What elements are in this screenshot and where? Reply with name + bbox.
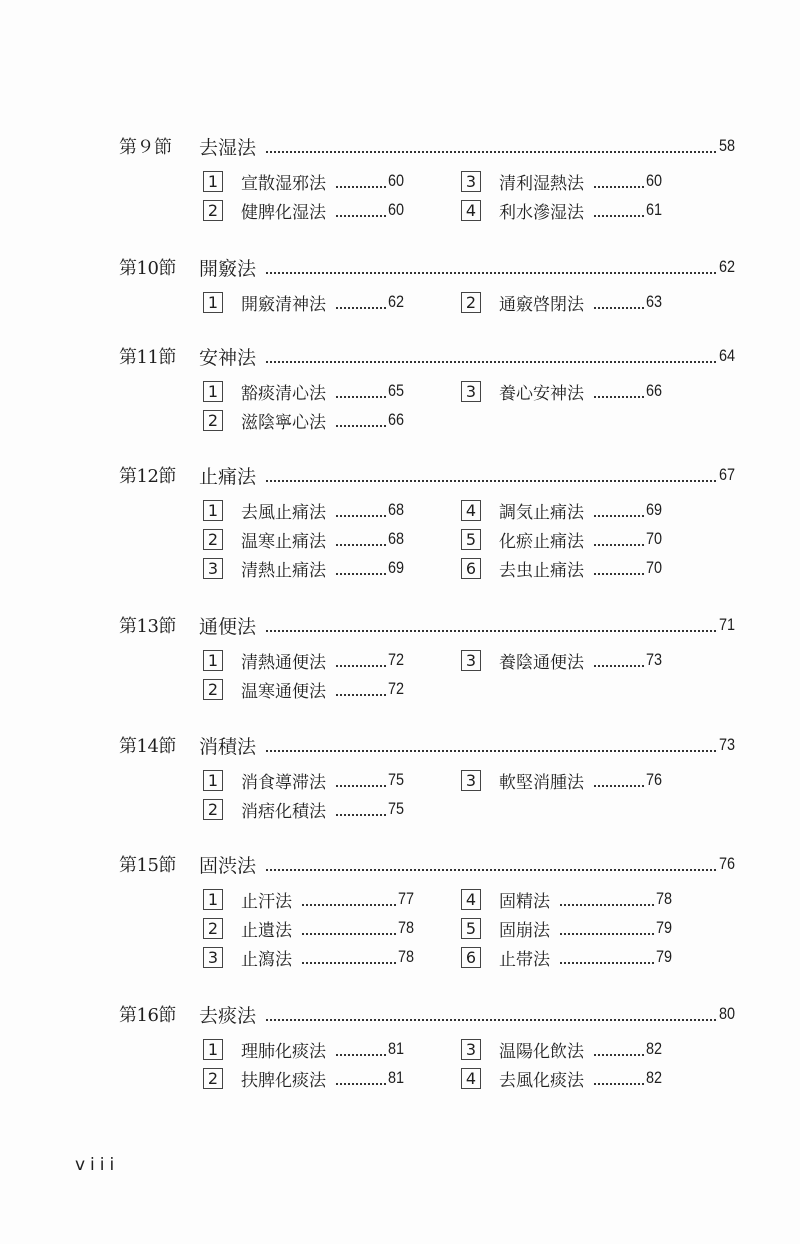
leader-dots <box>302 924 396 935</box>
toc-item[interactable]: 2温寒止痛法68 <box>203 526 407 552</box>
item-title: 養心安神法 <box>499 379 584 404</box>
toc-item[interactable]: 1去風止痛法68 <box>203 497 407 523</box>
item-page: 69 <box>388 558 404 578</box>
item-title: 固精法 <box>499 887 550 912</box>
item-number-box: 1 <box>203 1039 223 1060</box>
leader-dots <box>336 1045 386 1056</box>
item-title: 去風化痰法 <box>499 1066 584 1091</box>
toc-item[interactable]: 2健脾化湿法60 <box>203 197 407 223</box>
leader-dots <box>594 1045 644 1056</box>
item-page: 60 <box>646 171 662 191</box>
section-title: 開竅法 <box>199 254 256 281</box>
leader-dots <box>594 656 644 667</box>
section-heading[interactable]: 第15節固渋法76 <box>119 851 741 877</box>
item-number-box: 2 <box>203 529 223 550</box>
item-title: 軟堅消腫法 <box>499 768 584 793</box>
section-page: 80 <box>719 1004 738 1024</box>
item-number-box: 1 <box>203 650 223 671</box>
toc-item[interactable]: 3止瀉法78 <box>203 944 417 970</box>
item-page: 81 <box>388 1039 404 1059</box>
section-page: 67 <box>719 465 738 485</box>
leader-dots <box>302 953 396 964</box>
item-number-box: 3 <box>461 770 481 791</box>
item-title: 去風止痛法 <box>241 498 326 523</box>
toc-item[interactable]: 2消痞化積法75 <box>203 796 407 822</box>
item-title: 固崩法 <box>499 916 550 941</box>
item-page: 82 <box>646 1039 662 1059</box>
section-title: 止痛法 <box>199 462 256 489</box>
item-title: 温寒止痛法 <box>241 527 326 552</box>
item-number-box: 3 <box>461 650 481 671</box>
section-title: 去湿法 <box>199 133 256 160</box>
item-number-box: 2 <box>203 679 223 700</box>
leader-dots <box>336 535 386 546</box>
item-number-box: 2 <box>203 918 223 939</box>
leader-dots <box>594 206 644 217</box>
toc-item[interactable]: 6止帯法79 <box>461 944 675 970</box>
item-number-box: 3 <box>461 171 481 192</box>
item-title: 豁痰清心法 <box>241 379 326 404</box>
item-number-box: 1 <box>203 381 223 402</box>
section-page: 62 <box>719 257 738 277</box>
item-number-box: 5 <box>461 918 481 939</box>
item-page: 81 <box>388 1068 404 1088</box>
item-page: 70 <box>646 558 662 578</box>
item-title: 化瘀止痛法 <box>499 527 584 552</box>
toc-item[interactable]: 4固精法78 <box>461 886 675 912</box>
item-page: 75 <box>388 770 404 790</box>
section-page: 58 <box>719 136 738 156</box>
item-page: 79 <box>656 918 672 938</box>
item-number-box: 2 <box>203 200 223 221</box>
leader-dots <box>336 805 386 816</box>
toc-item[interactable]: 3清熱止痛法69 <box>203 555 407 581</box>
section-number: 第９節 <box>119 133 199 159</box>
item-title: 清利湿熱法 <box>499 169 584 194</box>
toc-item[interactable]: 1消食導滞法75 <box>203 767 407 793</box>
item-number-box: 1 <box>203 292 223 313</box>
leader-dots <box>266 1009 716 1021</box>
toc-item[interactable]: 2滋陰寧心法66 <box>203 407 407 433</box>
toc-item[interactable]: 4利水滲湿法61 <box>461 197 665 223</box>
section-number: 第10節 <box>119 254 199 280</box>
section-heading[interactable]: 第９節去湿法58 <box>119 133 741 159</box>
section-title: 去痰法 <box>199 1001 256 1028</box>
toc-item[interactable]: 5化瘀止痛法70 <box>461 526 665 552</box>
item-page: 60 <box>388 171 404 191</box>
item-page: 60 <box>388 200 404 220</box>
item-title: 清熱止痛法 <box>241 556 326 581</box>
item-title: 消食導滞法 <box>241 768 326 793</box>
toc-item[interactable]: 1清熱通便法72 <box>203 647 407 673</box>
section-number: 第14節 <box>119 732 199 758</box>
toc-item[interactable]: 2止遺法78 <box>203 915 417 941</box>
section-heading[interactable]: 第11節安神法64 <box>119 343 741 369</box>
item-title: 健脾化湿法 <box>241 198 326 223</box>
item-title: 消痞化積法 <box>241 797 326 822</box>
item-title: 去虫止痛法 <box>499 556 584 581</box>
leader-dots <box>336 1074 386 1085</box>
leader-dots <box>336 776 386 787</box>
item-page: 62 <box>388 292 404 312</box>
item-number-box: 4 <box>461 200 481 221</box>
item-title: 通竅啓閉法 <box>499 290 584 315</box>
item-page: 73 <box>646 650 662 670</box>
toc-item[interactable]: 3温陽化飲法82 <box>461 1036 665 1062</box>
section-heading[interactable]: 第12節止痛法67 <box>119 462 741 488</box>
item-number-box: 3 <box>203 947 223 968</box>
item-page: 79 <box>656 947 672 967</box>
leader-dots <box>266 470 716 482</box>
section-number: 第16節 <box>119 1001 199 1027</box>
section-heading[interactable]: 第14節消積法73 <box>119 732 741 758</box>
section-page: 71 <box>719 615 738 635</box>
leader-dots <box>594 564 644 575</box>
item-title: 清熱通便法 <box>241 648 326 673</box>
toc-item[interactable]: 3軟堅消腫法76 <box>461 767 665 793</box>
section-heading[interactable]: 第16節去痰法80 <box>119 1001 741 1027</box>
section-title: 通便法 <box>199 612 256 639</box>
item-page: 78 <box>398 947 414 967</box>
leader-dots <box>266 859 716 871</box>
toc-item[interactable]: 2温寒通便法72 <box>203 676 407 702</box>
item-page: 72 <box>388 679 404 699</box>
section-page: 73 <box>719 735 738 755</box>
leader-dots <box>266 740 716 752</box>
toc-item[interactable]: 3清利湿熱法60 <box>461 168 665 194</box>
section-title: 固渋法 <box>199 851 256 878</box>
leader-dots <box>266 620 716 632</box>
item-number-box: 1 <box>203 889 223 910</box>
leader-dots <box>266 141 716 153</box>
leader-dots <box>336 206 386 217</box>
toc-item[interactable]: 1豁痰清心法65 <box>203 378 407 404</box>
section-number: 第15節 <box>119 851 199 877</box>
item-number-box: 6 <box>461 558 481 579</box>
section-number: 第12節 <box>119 462 199 488</box>
item-page: 75 <box>388 799 404 819</box>
toc-item[interactable]: 2通竅啓閉法63 <box>461 289 665 315</box>
item-page: 69 <box>646 500 662 520</box>
item-title: 滋陰寧心法 <box>241 408 326 433</box>
toc-item[interactable]: 1開竅清神法62 <box>203 289 407 315</box>
leader-dots <box>560 924 654 935</box>
toc-item[interactable]: 4去風化痰法82 <box>461 1065 665 1091</box>
item-page: 76 <box>646 770 662 790</box>
item-title: 止遺法 <box>241 916 292 941</box>
leader-dots <box>336 387 386 398</box>
toc-item[interactable]: 2扶脾化痰法81 <box>203 1065 407 1091</box>
item-page: 72 <box>388 650 404 670</box>
leader-dots <box>266 262 716 274</box>
leader-dots <box>266 351 716 363</box>
item-number-box: 2 <box>461 292 481 313</box>
item-page: 78 <box>656 889 672 909</box>
item-page: 66 <box>646 381 662 401</box>
section-title: 安神法 <box>199 343 256 370</box>
item-number-box: 3 <box>461 1039 481 1060</box>
leader-dots <box>594 1074 644 1085</box>
item-title: 理肺化痰法 <box>241 1037 326 1062</box>
leader-dots <box>336 298 386 309</box>
section-page: 64 <box>719 346 738 366</box>
item-page: 82 <box>646 1068 662 1088</box>
leader-dots <box>594 387 644 398</box>
item-number-box: 6 <box>461 947 481 968</box>
item-title: 調気止痛法 <box>499 498 584 523</box>
item-number-box: 4 <box>461 500 481 521</box>
item-number-box: 2 <box>203 410 223 431</box>
leader-dots <box>594 506 644 517</box>
item-number-box: 5 <box>461 529 481 550</box>
section-title: 消積法 <box>199 732 256 759</box>
leader-dots <box>336 656 386 667</box>
item-number-box: 1 <box>203 500 223 521</box>
section-number: 第11節 <box>119 343 199 369</box>
item-title: 養陰通便法 <box>499 648 584 673</box>
item-page: 68 <box>388 529 404 549</box>
item-number-box: 2 <box>203 1068 223 1089</box>
toc-item[interactable]: 4調気止痛法69 <box>461 497 665 523</box>
item-page: 78 <box>398 918 414 938</box>
item-title: 止汗法 <box>241 887 292 912</box>
toc-item[interactable]: 3養心安神法66 <box>461 378 665 404</box>
item-number-box: 3 <box>461 381 481 402</box>
page-number: viii <box>75 1155 119 1175</box>
item-title: 止帯法 <box>499 945 550 970</box>
leader-dots <box>594 535 644 546</box>
item-number-box: 1 <box>203 171 223 192</box>
item-title: 止瀉法 <box>241 945 292 970</box>
item-page: 61 <box>646 200 662 220</box>
item-title: 開竅清神法 <box>241 290 326 315</box>
item-title: 温寒通便法 <box>241 677 326 702</box>
item-title: 宣散湿邪法 <box>241 169 326 194</box>
item-page: 68 <box>388 500 404 520</box>
item-number-box: 4 <box>461 1068 481 1089</box>
item-number-box: 4 <box>461 889 481 910</box>
leader-dots <box>594 177 644 188</box>
leader-dots <box>594 298 644 309</box>
leader-dots <box>560 895 654 906</box>
item-number-box: 1 <box>203 770 223 791</box>
item-page: 63 <box>646 292 662 312</box>
section-number: 第13節 <box>119 612 199 638</box>
toc-item[interactable]: 5固崩法79 <box>461 915 675 941</box>
toc-item[interactable]: 3養陰通便法73 <box>461 647 665 673</box>
item-title: 利水滲湿法 <box>499 198 584 223</box>
toc-item[interactable]: 6去虫止痛法70 <box>461 555 665 581</box>
leader-dots <box>336 177 386 188</box>
item-number-box: 2 <box>203 799 223 820</box>
item-page: 65 <box>388 381 404 401</box>
leader-dots <box>336 564 386 575</box>
leader-dots <box>336 685 386 696</box>
item-page: 66 <box>388 410 404 430</box>
section-page: 76 <box>719 854 738 874</box>
toc-item[interactable]: 1理肺化痰法81 <box>203 1036 407 1062</box>
leader-dots <box>336 506 386 517</box>
leader-dots <box>302 895 396 906</box>
item-title: 扶脾化痰法 <box>241 1066 326 1091</box>
item-page: 77 <box>398 889 414 909</box>
section-heading[interactable]: 第13節通便法71 <box>119 612 741 638</box>
item-title: 温陽化飲法 <box>499 1037 584 1062</box>
leader-dots <box>594 776 644 787</box>
toc-item[interactable]: 1止汗法77 <box>203 886 417 912</box>
item-page: 70 <box>646 529 662 549</box>
toc-item[interactable]: 1宣散湿邪法60 <box>203 168 407 194</box>
item-number-box: 3 <box>203 558 223 579</box>
leader-dots <box>336 416 386 427</box>
section-heading[interactable]: 第10節開竅法62 <box>119 254 741 280</box>
leader-dots <box>560 953 654 964</box>
